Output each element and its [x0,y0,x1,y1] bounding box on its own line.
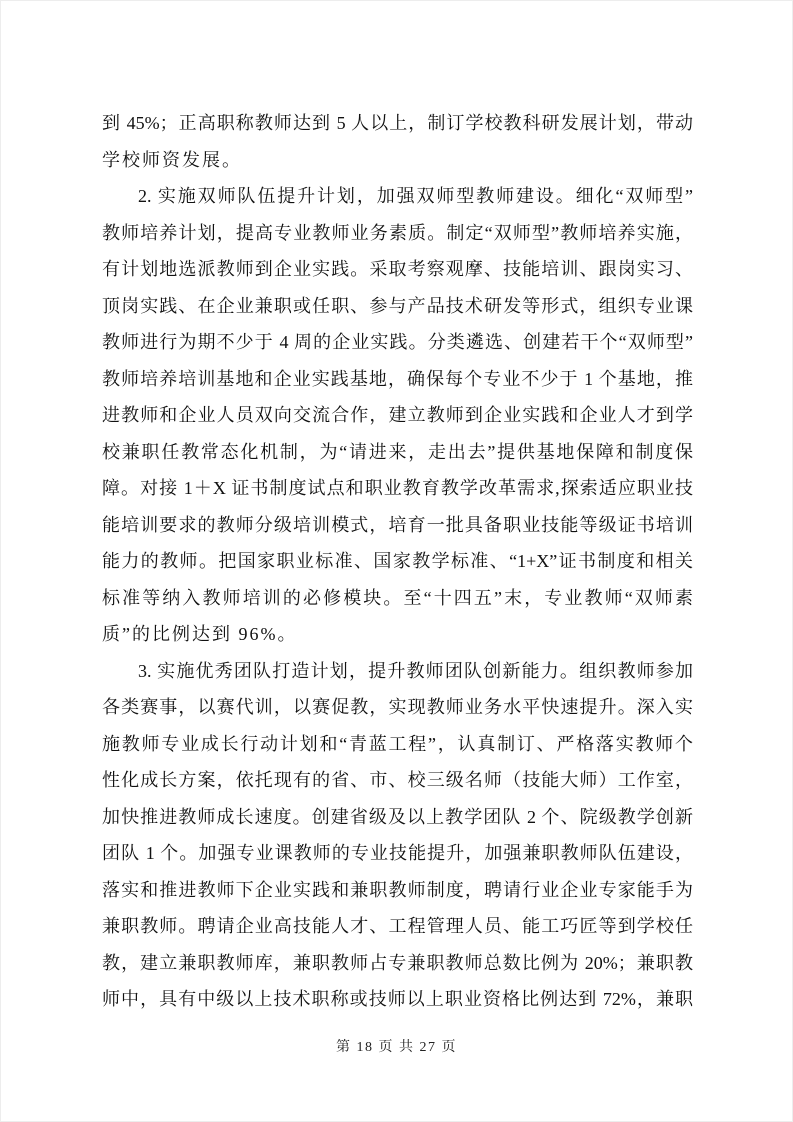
text-line: 性化成长方案，依托现有的省、市、校三级名师（技能大师）工作室， [102,762,693,799]
text-line: 教师进行为期不少于 4 周的企业实践。分类遴选、创建若干个“双师型” [102,324,693,361]
text-line: 障。对接 1＋X 证书制度试点和职业教育教学改革需求,探索适应职业技 [102,470,693,507]
text-line: 质”的比例达到 96%。 [102,616,693,653]
text-line: 校兼职任教常态化机制，为“请进来，走出去”提供基地保障和制度保 [102,434,693,471]
text-line: 教师培养计划，提高专业教师业务素质。制定“双师型”教师培养实施， [102,215,693,252]
text-line: 2. 实施双师队伍提升计划，加强双师型教师建设。细化“双师型” [102,178,693,215]
text-line: 能力的教师。把国家职业标准、国家教学标准、“1+X”证书制度和相关 [102,543,693,580]
text-line: 团队 1 个。加强专业课教师的专业技能提升，加强兼职教师队伍建设， [102,835,693,872]
text-line: 能培训要求的教师分级培训模式，培育一批具备职业技能等级证书培训 [102,507,693,544]
text-line: 施教师专业成长行动计划和“青蓝工程”，认真制订、严格落实教师个 [102,726,693,763]
text-line: 学校师资发展。 [102,142,693,179]
text-line: 兼职教师。聘请企业高技能人才、工程管理人员、能工巧匠等到学校任 [102,908,693,945]
text-line: 落实和推进教师下企业实践和兼职教师制度，聘请行业企业专家能手为 [102,872,693,909]
page-number-text: 第 18 页 共 27 页 [336,1040,457,1055]
document-body-text: 到 45%；正高职称教师达到 5 人以上，制订学校教科研发展计划，带动学校师资发… [102,105,693,1018]
text-line: 师中，具有中级以上技术职称或技师以上职业资格比例达到 72%，兼职 [102,981,693,1018]
page-footer: 第 18 页 共 27 页 [0,1036,793,1056]
text-line: 教，建立兼职教师库，兼职教师占专兼职教师总数比例为 20%；兼职教 [102,945,693,982]
document-page: 到 45%；正高职称教师达到 5 人以上，制订学校教科研发展计划，带动学校师资发… [0,0,793,1122]
text-line: 教师培养培训基地和企业实践基地，确保每个专业不少于 1 个基地，推 [102,361,693,398]
text-line: 有计划地选派教师到企业实践。采取考察观摩、技能培训、跟岗实习、 [102,251,693,288]
text-line: 加快推进教师成长速度。创建省级及以上教学团队 2 个、院级教学创新 [102,799,693,836]
text-line: 各类赛事，以赛代训，以赛促教，实现教师业务水平快速提升。深入实 [102,689,693,726]
text-line: 进教师和企业人员双向交流合作，建立教师到企业实践和企业人才到学 [102,397,693,434]
text-line: 3. 实施优秀团队打造计划，提升教师团队创新能力。组织教师参加 [102,653,693,690]
text-line: 顶岗实践、在企业兼职或任职、参与产品技术研发等形式，组织专业课 [102,288,693,325]
text-line: 标准等纳入教师培训的必修模块。至“十四五”末，专业教师“双师素 [102,580,693,617]
text-line: 到 45%；正高职称教师达到 5 人以上，制订学校教科研发展计划，带动 [102,105,693,142]
